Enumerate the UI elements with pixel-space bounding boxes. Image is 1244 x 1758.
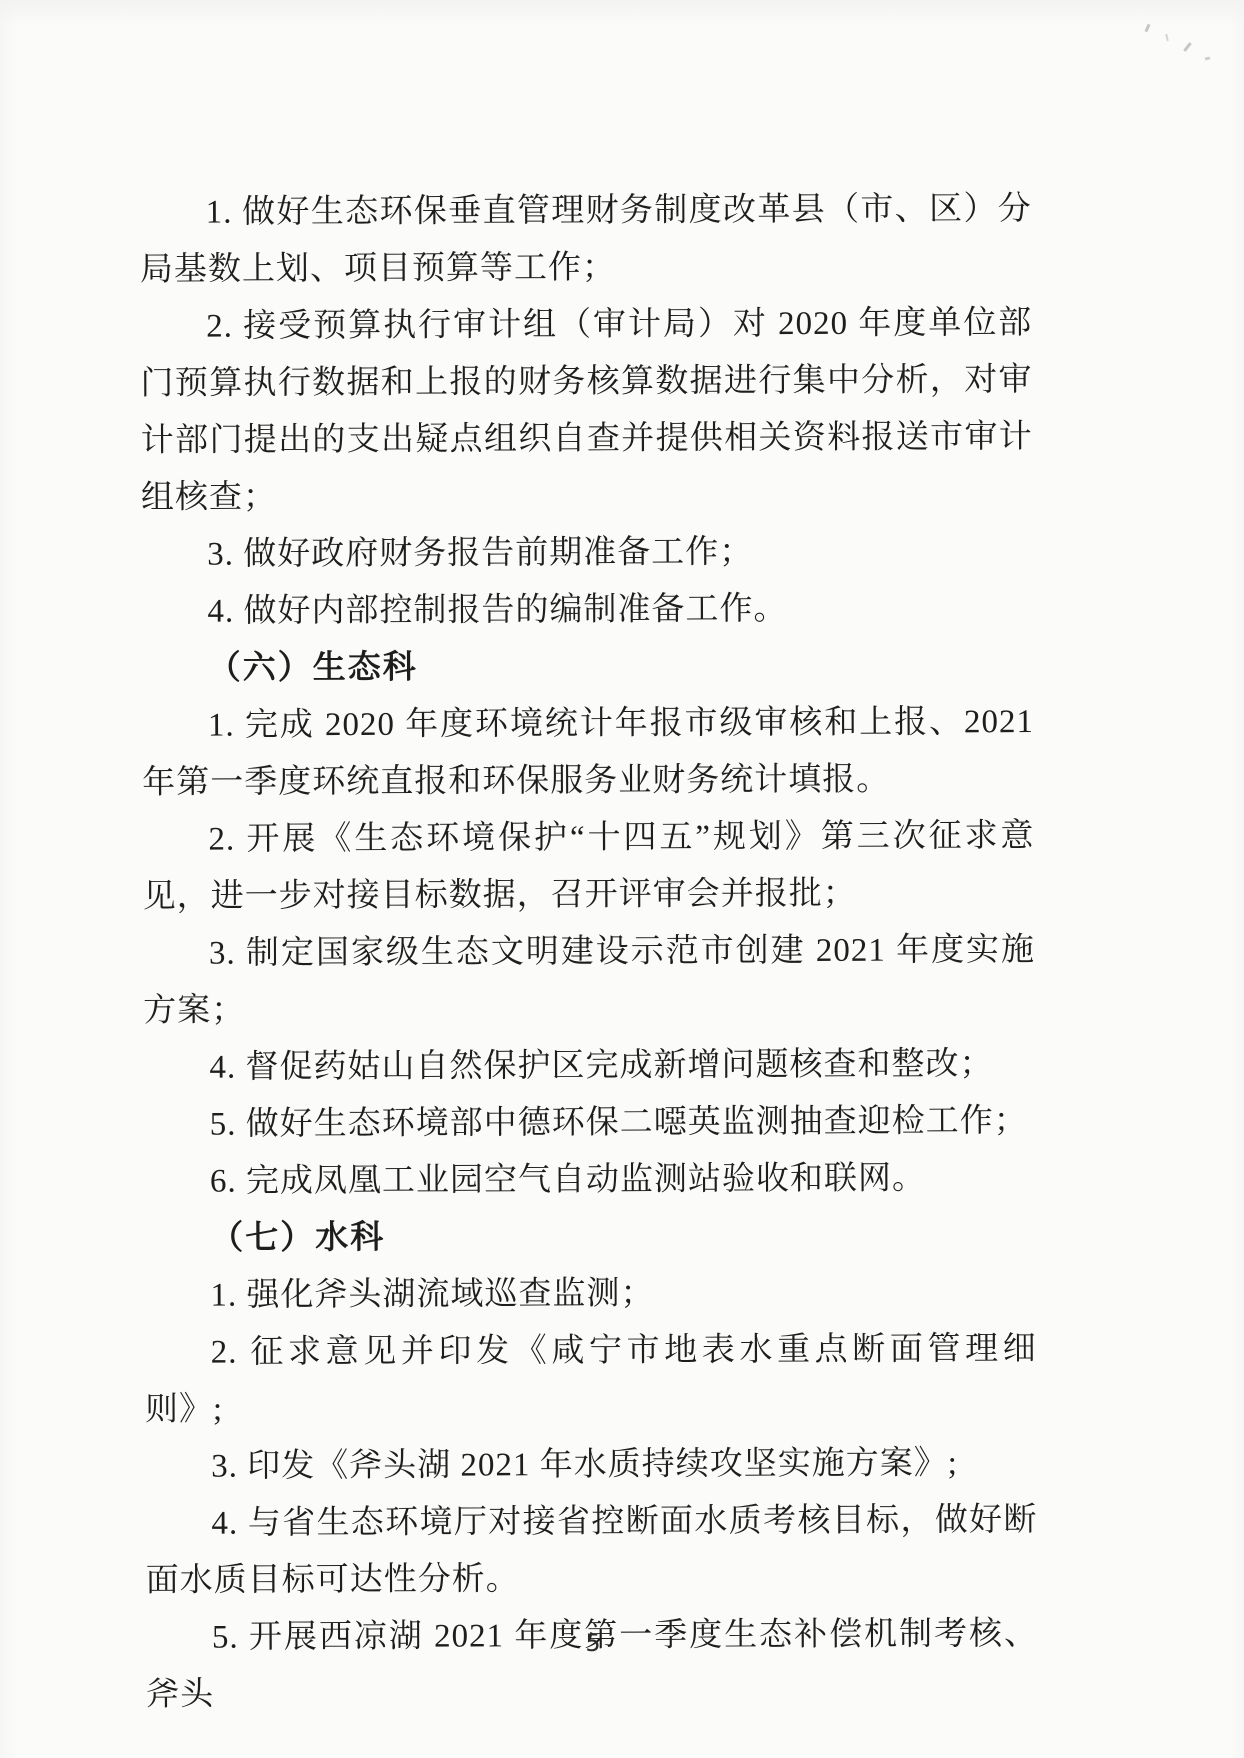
scan-artifact [1183,42,1192,52]
list-item: 4. 做好内部控制报告的编制准备工作。 [141,580,1033,641]
section-heading-water: （七）水科 [144,1207,1036,1268]
document-page: 1. 做好生态环保垂直管理财务制度改革县（市、区）分局基数上划、项目预算等工作；… [0,0,1244,1758]
list-item: 6. 完成凤凰工业园空气自动监测站验收和联网。 [144,1150,1036,1211]
list-item: 3. 印发《斧头湖 2021 年水质持续攻坚实施方案》; [145,1435,1037,1496]
scan-artifact [1205,57,1210,61]
scan-artifact [1165,34,1168,41]
section-heading-eco: （六）生态科 [142,637,1034,698]
list-item: 1. 强化斧头湖流域巡查监测； [144,1264,1036,1325]
list-item: 3. 制定国家级生态文明建设示范市创建 2021 年度实施方案； [143,922,1035,1040]
list-item: 1. 做好生态环保垂直管理财务制度改革县（市、区）分局基数上划、项目预算等工作； [140,181,1032,299]
list-item: 2. 征求意见并印发《咸宁市地表水重点断面管理细则》; [145,1321,1037,1439]
page-number: 5 [563,1628,623,1658]
list-item: 5. 开展西凉湖 2021 年度第一季度生态补偿机制考核、斧头 [146,1606,1038,1724]
list-item: 4. 与省生态环境厅对接省控断面水质考核目标，做好断面水质目标可达性分析。 [145,1492,1037,1610]
scan-artifact [1145,24,1151,33]
list-item: 1. 完成 2020 年度环境统计年报市级审核和上报、2021 年第一季度环统直… [142,694,1034,812]
document-body: 1. 做好生态环保垂直管理财务制度改革县（市、区）分局基数上划、项目预算等工作；… [140,181,1039,1724]
list-item: 2. 接受预算执行审计组（审计局）对 2020 年度单位部门预算执行数据和上报的… [140,295,1033,527]
list-item: 4. 督促药姑山自然保护区完成新增问题核查和整改； [143,1036,1035,1097]
list-item: 3. 做好政府财务报告前期准备工作； [141,523,1033,584]
list-item: 2. 开展《生态环境保护“十四五”规划》第三次征求意见，进一步对接目标数据，召开… [142,808,1034,926]
list-item: 5. 做好生态环境部中德环保二噁英监测抽查迎检工作； [144,1093,1036,1154]
